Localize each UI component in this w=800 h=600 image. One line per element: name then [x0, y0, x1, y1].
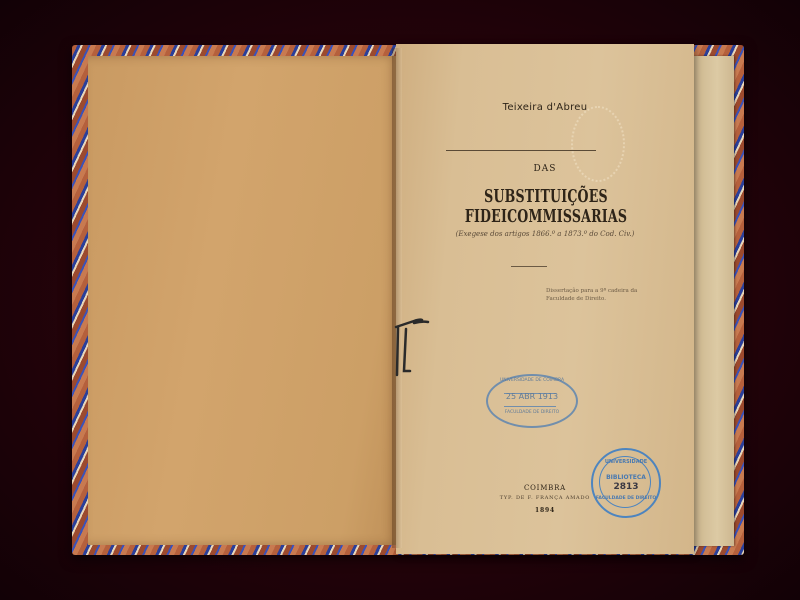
stamp-round-middle-text: BIBLIOTECA — [593, 474, 659, 481]
stamp-oval-bottom-text: FACULDADE DE DIREITO — [488, 410, 576, 415]
ink-mark-icon — [392, 315, 432, 385]
library-ownership-stamp: UNIVERSIDADE BIBLIOTECA 2813 FACULDADE D… — [591, 448, 661, 518]
left-endpaper — [88, 56, 398, 545]
title-prefix: DAS — [396, 164, 694, 174]
stamp-shelf-number: 2813 — [593, 482, 659, 492]
page-block-edge — [692, 56, 734, 546]
stamp-date: 25 ABR 1913 — [488, 392, 576, 401]
stamp-round-bottom-text: FACULDADE DE DIREITO — [593, 496, 659, 501]
book-title: SUBSTITUIÇÕES FIDEICOMMISSARIAS — [416, 187, 676, 227]
book-gutter — [392, 48, 402, 548]
author-rule — [446, 150, 596, 151]
decorative-rule — [511, 266, 547, 267]
author-name: Teixeira d'Abreu — [396, 102, 694, 113]
library-date-stamp: UNIVERSIDADE DE COIMBRA 25 ABR 1913 FACU… — [486, 374, 578, 428]
stamp-oval-top-text: UNIVERSIDADE DE COIMBRA — [488, 378, 576, 383]
stamp-round-top-text: UNIVERSIDADE — [593, 459, 659, 465]
dedication-note: Dissertação para a 9ª cadeira da Faculda… — [546, 287, 656, 303]
title-page: Teixeira d'Abreu DAS SUBSTITUIÇÕES FIDEI… — [396, 44, 694, 554]
book-subtitle: (Exegese dos artigos 1866.º a 1873.º do … — [396, 230, 694, 238]
